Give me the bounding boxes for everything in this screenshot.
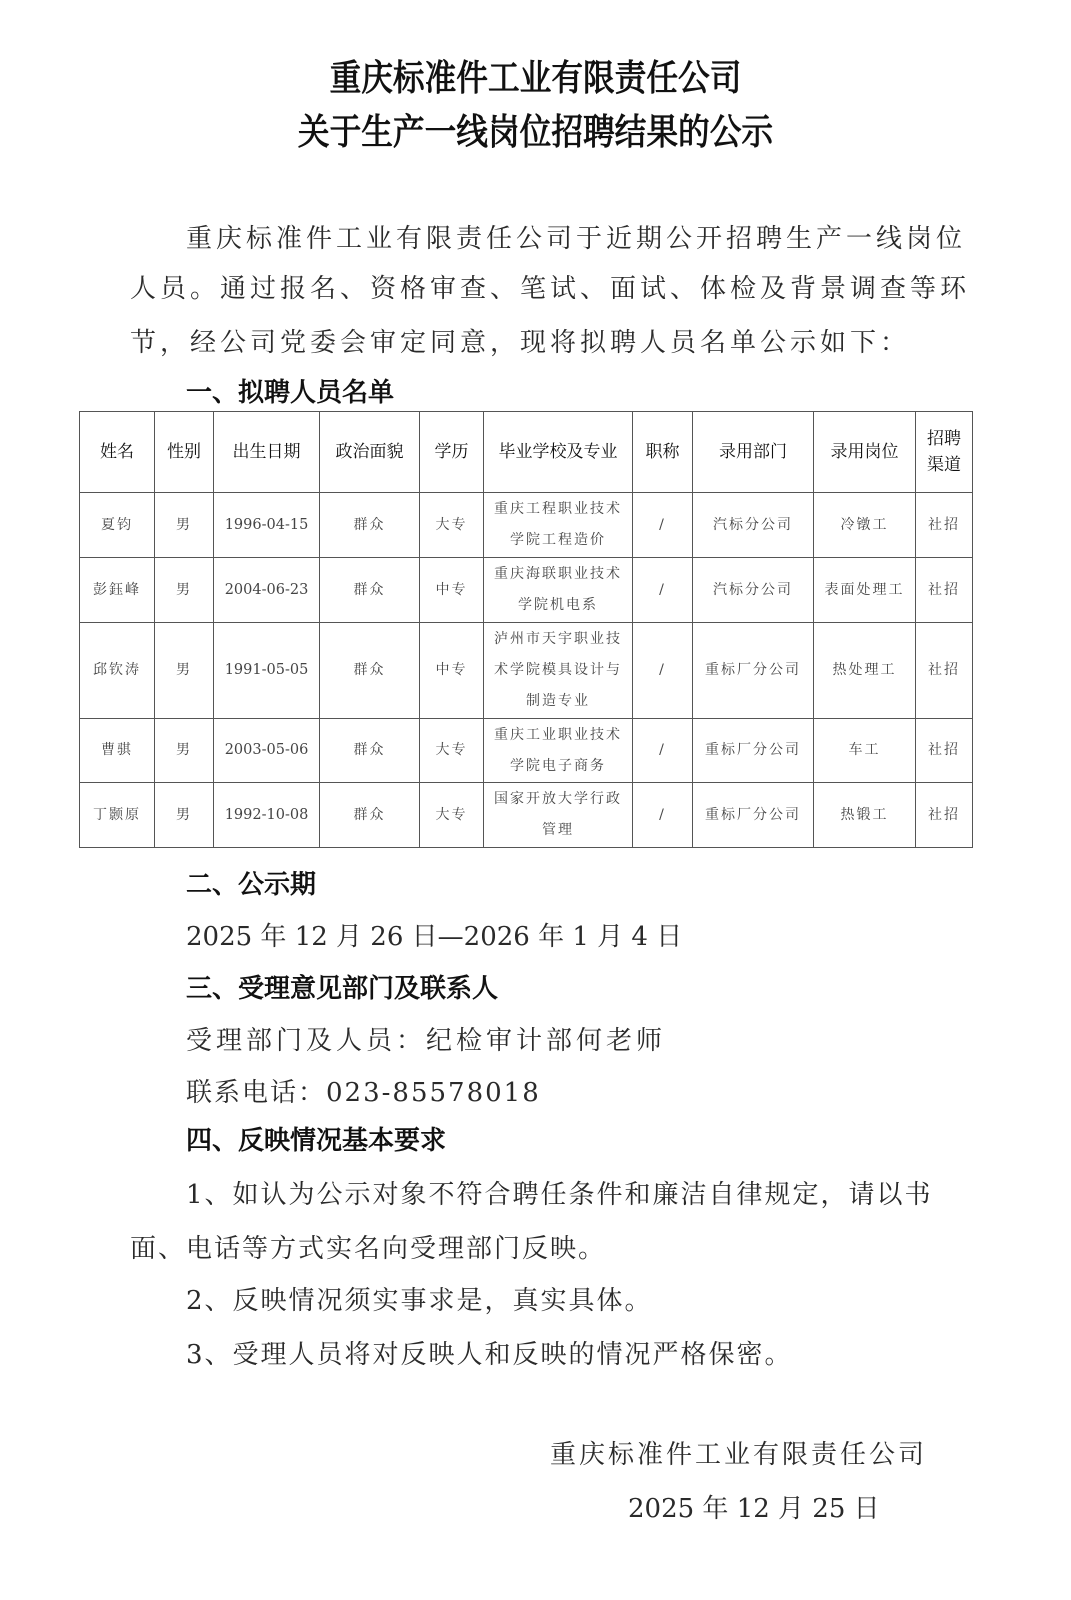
- cell-name: 夏钧: [80, 493, 155, 558]
- cell-gender: 男: [155, 719, 214, 783]
- cell-title: /: [633, 783, 693, 848]
- intro-line2: 人员。通过报名、资格审查、笔试、面试、体检及背景调查等环: [130, 268, 970, 305]
- cell-gender: 男: [155, 783, 214, 848]
- table-row: 丁颢原 男 1992-10-08 群众 大专 国家开放大学行政管理 / 重标厂分…: [80, 783, 973, 848]
- cell-position: 热锻工: [814, 783, 916, 848]
- cell-birth: 2004-06-23: [214, 558, 320, 623]
- section1-heading: 一、拟聘人员名单: [186, 372, 394, 409]
- document-title-line1: 重庆标准件工业有限责任公司: [64, 50, 1006, 101]
- cell-political: 群众: [320, 719, 420, 783]
- contact-department: 受理部门及人员：纪检审计部何老师: [186, 1020, 666, 1057]
- school-text: 重庆工程职业技术学院工程造价: [488, 494, 628, 556]
- table-row: 邱钦涛 男 1991-05-05 群众 中专 泸州市天宇职业技术学院模具设计与制…: [80, 623, 973, 719]
- section4-heading: 四、反映情况基本要求: [186, 1120, 446, 1157]
- intro-line3: 节，经公司党委会审定同意，现将拟聘人员名单公示如下：: [130, 322, 910, 359]
- cell-gender: 男: [155, 558, 214, 623]
- cell-channel: 社招: [916, 719, 973, 783]
- cell-department: 汽标分公司: [693, 558, 814, 623]
- cell-title: /: [633, 623, 693, 719]
- cell-birth: 1992-10-08: [214, 783, 320, 848]
- cell-position: 表面处理工: [814, 558, 916, 623]
- cell-title: /: [633, 719, 693, 783]
- cell-position: 冷镦工: [814, 493, 916, 558]
- cell-position: 车工: [814, 719, 916, 783]
- cell-education: 大专: [420, 783, 484, 848]
- school-text: 国家开放大学行政管理: [488, 784, 628, 846]
- header-position: 录用岗位: [814, 412, 916, 493]
- publicity-period: 2025 年 12 月 26 日—2026 年 1 月 4 日: [186, 916, 682, 953]
- cell-name: 曹骐: [80, 719, 155, 783]
- cell-name: 邱钦涛: [80, 623, 155, 719]
- requirement-1-line1: 1、如认为公示对象不符合聘任条件和廉洁自律规定，请以书: [186, 1174, 933, 1211]
- section2-heading: 二、公示期: [186, 864, 316, 901]
- header-channel: 招聘渠道: [916, 412, 973, 493]
- document-title-line2: 关于生产一线岗位招聘结果的公示: [64, 104, 1006, 155]
- cell-department: 重标厂分公司: [693, 623, 814, 719]
- cell-education: 中专: [420, 558, 484, 623]
- cell-department: 汽标分公司: [693, 493, 814, 558]
- cell-department: 重标厂分公司: [693, 719, 814, 783]
- header-gender: 性别: [155, 412, 214, 493]
- cell-title: /: [633, 493, 693, 558]
- cell-school: 重庆海联职业技术学院机电系: [484, 558, 633, 623]
- cell-political: 群众: [320, 623, 420, 719]
- intro-line1: 重庆标准件工业有限责任公司于近期公开招聘生产一线岗位: [186, 218, 966, 255]
- header-name: 姓名: [80, 412, 155, 493]
- requirement-3: 3、受理人员将对反映人和反映的情况严格保密。: [186, 1334, 793, 1371]
- school-text: 重庆海联职业技术学院机电系: [488, 559, 628, 621]
- roster-table: 姓名 性别 出生日期 政治面貌 学历 毕业学校及专业 职称 录用部门 录用岗位 …: [79, 411, 973, 848]
- school-text: 泸州市天宇职业技术学院模具设计与制造专业: [488, 624, 628, 717]
- school-text: 重庆工业职业技术学院电子商务: [488, 720, 628, 782]
- table-row: 彭鈺峰 男 2004-06-23 群众 中专 重庆海联职业技术学院机电系 / 汽…: [80, 558, 973, 623]
- cell-education: 大专: [420, 719, 484, 783]
- cell-name: 丁颢原: [80, 783, 155, 848]
- cell-education: 大专: [420, 493, 484, 558]
- cell-political: 群众: [320, 558, 420, 623]
- cell-channel: 社招: [916, 558, 973, 623]
- cell-gender: 男: [155, 623, 214, 719]
- requirement-1-line2: 面、电话等方式实名向受理部门反映。: [130, 1228, 606, 1265]
- requirement-2: 2、反映情况须实事求是，真实具体。: [186, 1280, 653, 1317]
- cell-position: 热处理工: [814, 623, 916, 719]
- header-department: 录用部门: [693, 412, 814, 493]
- cell-birth: 2003-05-06: [214, 719, 320, 783]
- table-row: 夏钧 男 1996-04-15 群众 大专 重庆工程职业技术学院工程造价 / 汽…: [80, 493, 973, 558]
- header-education: 学历: [420, 412, 484, 493]
- cell-department: 重标厂分公司: [693, 783, 814, 848]
- cell-name: 彭鈺峰: [80, 558, 155, 623]
- section3-heading: 三、受理意见部门及联系人: [186, 968, 498, 1005]
- cell-political: 群众: [320, 783, 420, 848]
- cell-school: 重庆工程职业技术学院工程造价: [484, 493, 633, 558]
- header-political: 政治面貌: [320, 412, 420, 493]
- cell-school: 泸州市天宇职业技术学院模具设计与制造专业: [484, 623, 633, 719]
- signature-date: 2025 年 12 月 25 日: [628, 1488, 880, 1525]
- signature-company: 重庆标准件工业有限责任公司: [550, 1434, 927, 1471]
- header-school: 毕业学校及专业: [484, 412, 633, 493]
- cell-birth: 1996-04-15: [214, 493, 320, 558]
- table-header-row: 姓名 性别 出生日期 政治面貌 学历 毕业学校及专业 职称 录用部门 录用岗位 …: [80, 412, 973, 493]
- cell-channel: 社招: [916, 493, 973, 558]
- cell-birth: 1991-05-05: [214, 623, 320, 719]
- cell-title: /: [633, 558, 693, 623]
- contact-phone: 联系电话：023-85578018: [186, 1072, 541, 1109]
- cell-school: 重庆工业职业技术学院电子商务: [484, 719, 633, 783]
- cell-gender: 男: [155, 493, 214, 558]
- cell-channel: 社招: [916, 623, 973, 719]
- header-birth: 出生日期: [214, 412, 320, 493]
- table-row: 曹骐 男 2003-05-06 群众 大专 重庆工业职业技术学院电子商务 / 重…: [80, 719, 973, 783]
- cell-political: 群众: [320, 493, 420, 558]
- header-title: 职称: [633, 412, 693, 493]
- cell-education: 中专: [420, 623, 484, 719]
- cell-school: 国家开放大学行政管理: [484, 783, 633, 848]
- cell-channel: 社招: [916, 783, 973, 848]
